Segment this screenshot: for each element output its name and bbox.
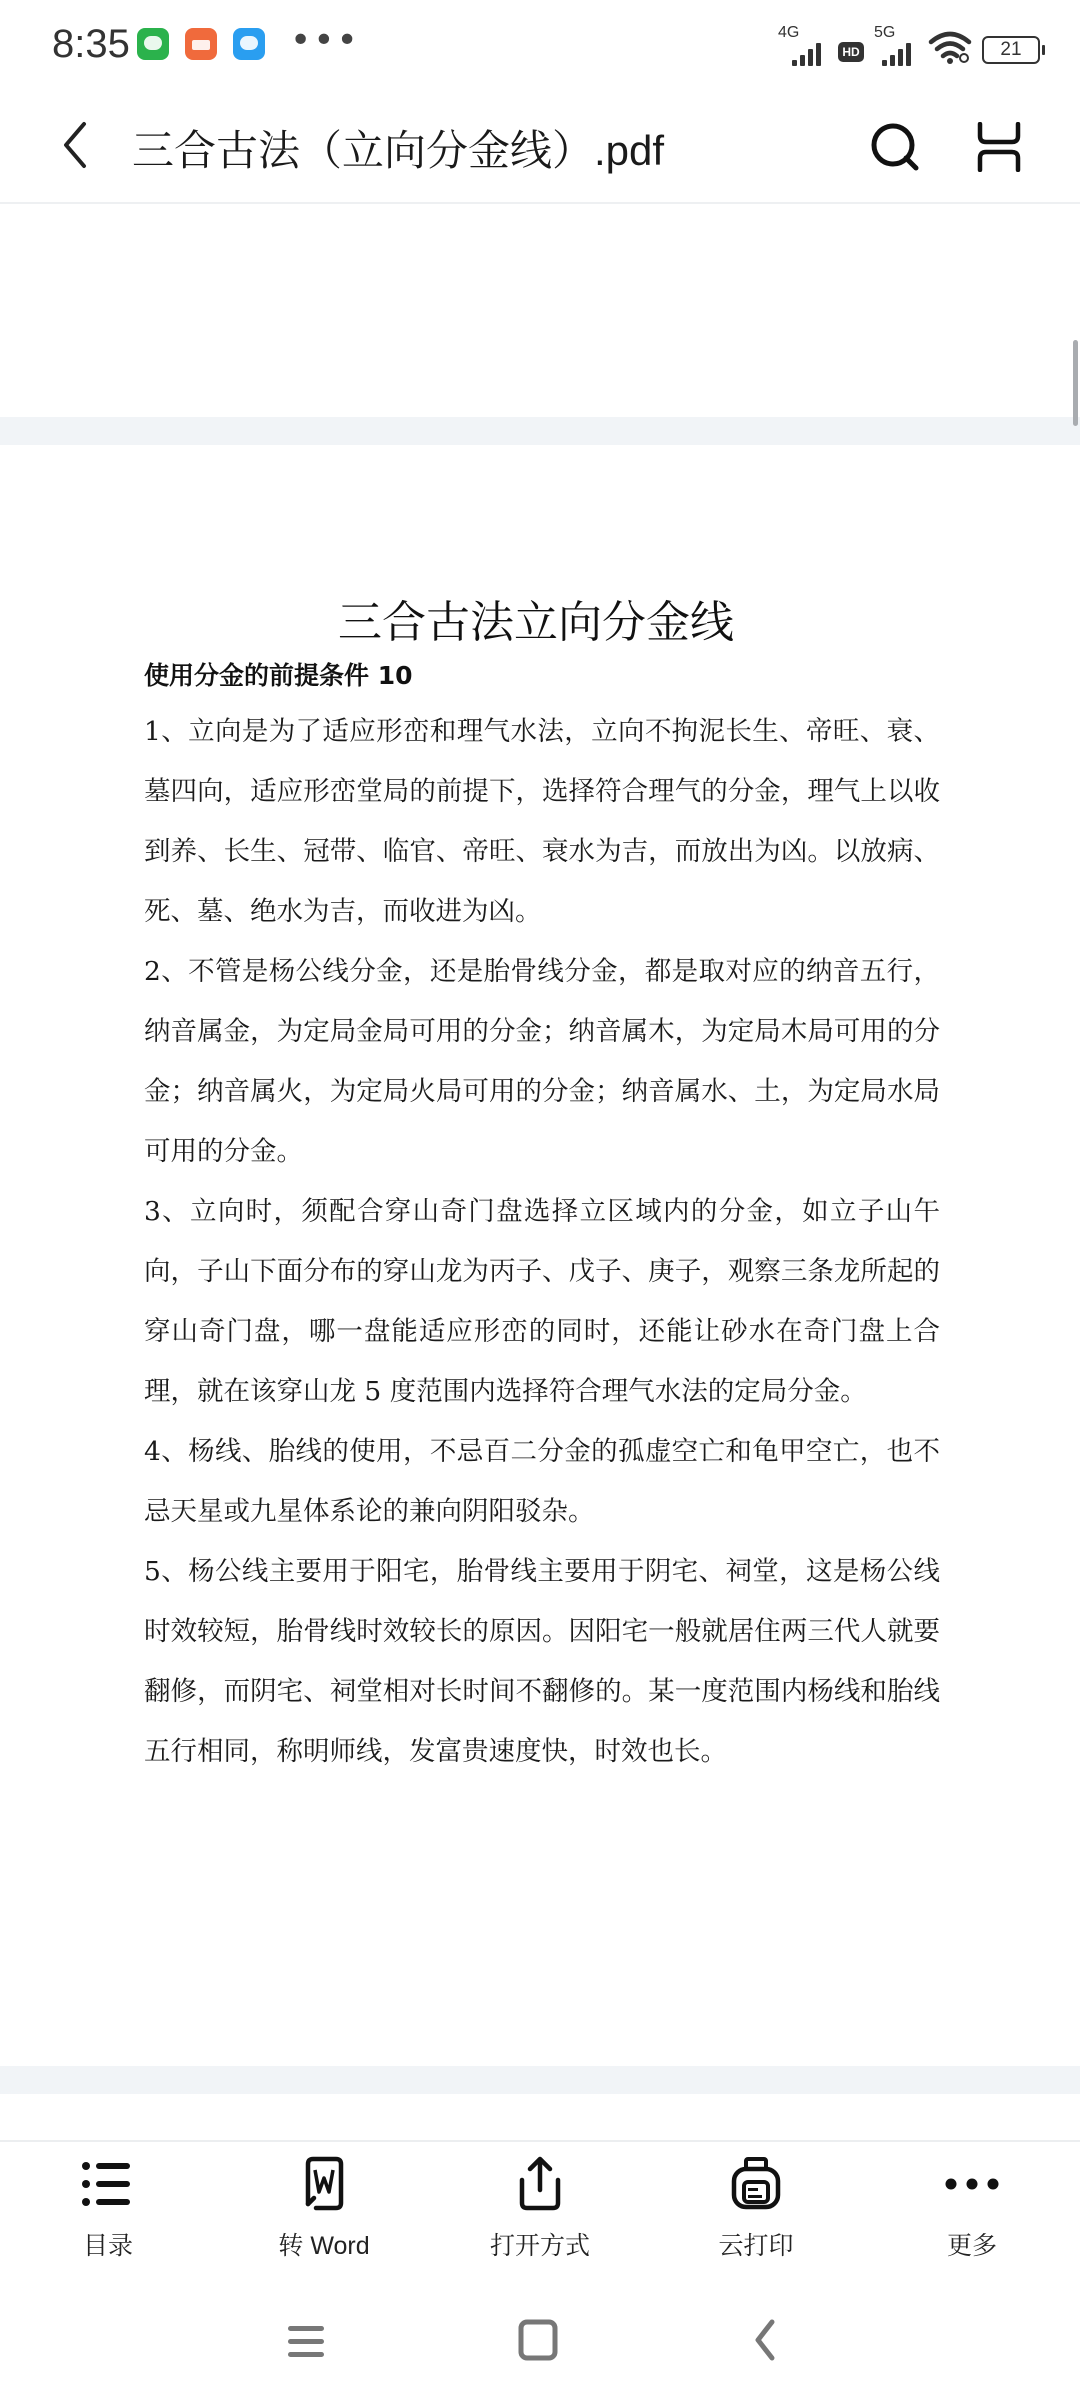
convert-to-word-button[interactable]: 转 Word	[244, 2156, 404, 2276]
cloud-print-button[interactable]: 云打印	[676, 2156, 836, 2276]
share-icon	[510, 2156, 570, 2212]
home-icon[interactable]	[508, 2310, 568, 2370]
document-title: 三合古法（立向分金线）.pdf	[132, 118, 664, 178]
page-separator	[0, 2066, 1080, 2094]
signal-5g-icon: 5G	[874, 36, 918, 66]
paragraph-4: 4、杨线、胎线的使用，不忌百二分金的孤虚空亡和龟甲空亡，也不忌天星或九星体系论的…	[144, 1422, 940, 1542]
more-button[interactable]: 更多	[892, 2156, 1052, 2276]
more-icon	[942, 2156, 1002, 2212]
clock: 8:35	[52, 22, 130, 67]
back-arrow-icon[interactable]	[56, 120, 96, 170]
paragraph-1: 1、立向是为了适应形峦和理气水法，立向不拘泥长生、帝旺、衰、墓四向，适应形峦堂局…	[144, 702, 940, 942]
status-icons: 4G HD 5G 21	[778, 22, 1040, 66]
hd-voice-icon: HD	[838, 42, 864, 62]
signal-4g-icon: 4G	[778, 36, 828, 66]
back-nav-icon[interactable]	[734, 2310, 794, 2370]
app-header: 三合古法（立向分金线）.pdf	[0, 90, 1080, 204]
paragraph-3: 3、立向时，须配合穿山奇门盘选择立区域内的分金，如立子山午向，子山下面分布的穿山…	[144, 1182, 940, 1422]
pdf-heading: 三合古法立向分金线	[0, 586, 1072, 650]
status-bar: 8:35 ••• 4G HD 5G 21	[0, 0, 1080, 90]
wifi-icon	[928, 30, 972, 64]
scan-icon[interactable]	[974, 122, 1024, 172]
toc-button[interactable]: 目录	[28, 2156, 188, 2276]
messages-icon	[233, 28, 265, 60]
more-notifications-icon: •••	[290, 20, 360, 61]
printer-icon	[726, 2156, 786, 2212]
bottom-toolbar: 目录 转 Word 打开方式 云打印 更多	[0, 2140, 1080, 2282]
pdf-viewer[interactable]: 三合古法立向分金线 使用分金的前提条件 10 1、立向是为了适应形峦和理气水法，…	[0, 204, 1080, 2140]
list-icon	[78, 2156, 138, 2212]
paragraph-5: 5、杨公线主要用于阳宅，胎骨线主要用于阴宅、祠堂，这是杨公线时效较短，胎骨线时效…	[144, 1542, 940, 1782]
word-convert-icon	[294, 2156, 354, 2212]
battery-icon: 21	[982, 36, 1040, 64]
paragraph-2: 2、不管是杨公线分金，还是胎骨线分金，都是取对应的纳音五行，纳音属金，为定局金局…	[144, 942, 940, 1182]
mi-store-icon	[185, 28, 217, 60]
search-icon[interactable]	[868, 120, 922, 174]
pdf-page-previous	[0, 204, 1072, 417]
open-with-button[interactable]: 打开方式	[460, 2156, 620, 2276]
pdf-subheading: 使用分金的前提条件 10	[144, 656, 413, 692]
wechat-icon	[137, 28, 169, 60]
page-separator	[0, 417, 1080, 445]
pdf-page-next	[0, 2094, 1072, 2140]
scrollbar-thumb[interactable]	[1073, 340, 1078, 426]
system-nav-bar	[0, 2280, 1080, 2400]
recents-menu-icon[interactable]	[274, 2310, 334, 2370]
